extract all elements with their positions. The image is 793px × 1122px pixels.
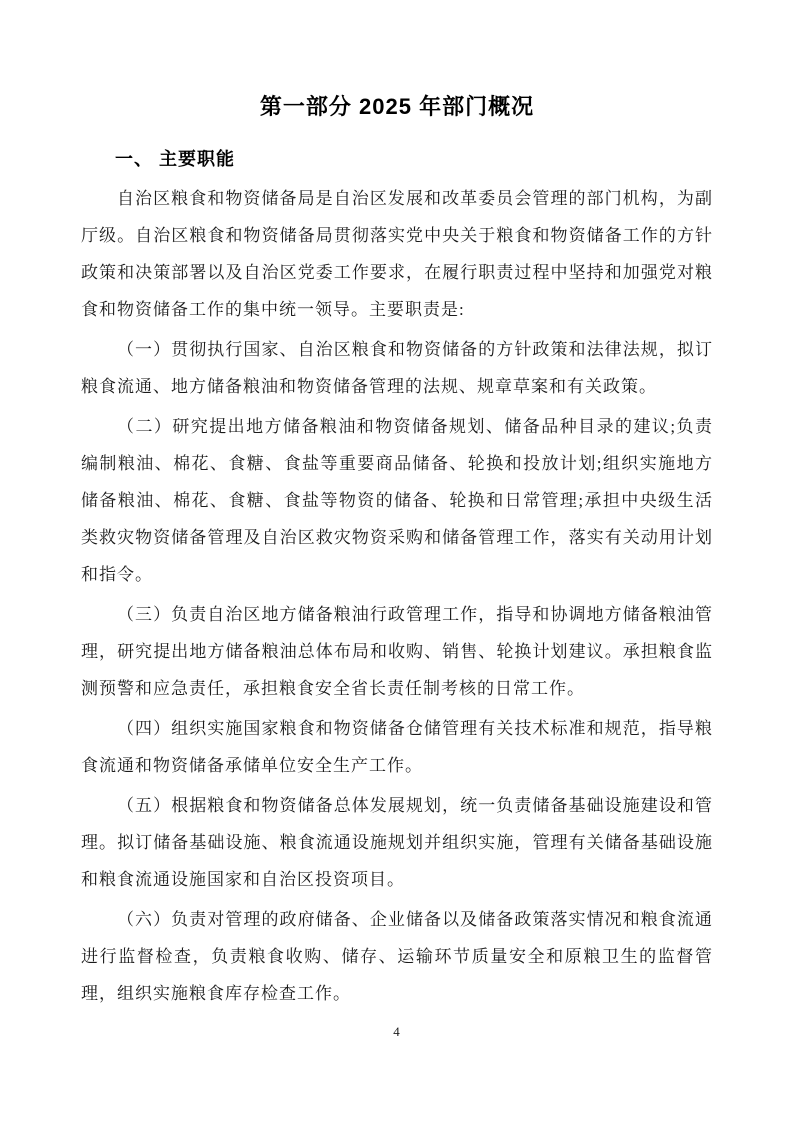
document-page: 第一部分 2025 年部门概况 一、 主要职能 自治区粮食和物资储备局是自治区发… [0, 0, 793, 1122]
document-content: 第一部分 2025 年部门概况 一、 主要职能 自治区粮食和物资储备局是自治区发… [81, 0, 713, 1015]
paragraph-intro: 自治区粮食和物资储备局是自治区发展和改革委员会管理的部门机构，为副厅级。自治区粮… [81, 180, 713, 328]
paragraph-item-2: （二）研究提出地方储备粮油和物资储备规划、储备品种目录的建议;负责编制粮油、棉花… [81, 408, 713, 593]
paragraph-item-6: （六）负责对管理的政府储备、企业储备以及储备政策落实情况和粮食流通进行监督检查，… [81, 901, 713, 1012]
paragraph-item-3: （三）负责自治区地方储备粮油行政管理工作，指导和协调地方储备粮油管理，研究提出地… [81, 596, 713, 707]
page-number: 4 [0, 1024, 793, 1040]
paragraph-item-5: （五）根据粮食和物资储备总体发展规划，统一负责储备基础设施建设和管理。拟订储备基… [81, 787, 713, 898]
document-title: 第一部分 2025 年部门概况 [81, 0, 713, 122]
body-text: 自治区粮食和物资储备局是自治区发展和改革委员会管理的部门机构，为副厅级。自治区粮… [81, 180, 713, 1012]
paragraph-item-1: （一）贯彻执行国家、自治区粮食和物资储备的方针政策和法律法规，拟订粮食流通、地方… [81, 331, 713, 405]
section-heading: 一、 主要职能 [81, 147, 713, 171]
paragraph-item-4: （四）组织实施国家粮食和物资储备仓储管理有关技术标准和规范，指导粮食流通和物资储… [81, 710, 713, 784]
